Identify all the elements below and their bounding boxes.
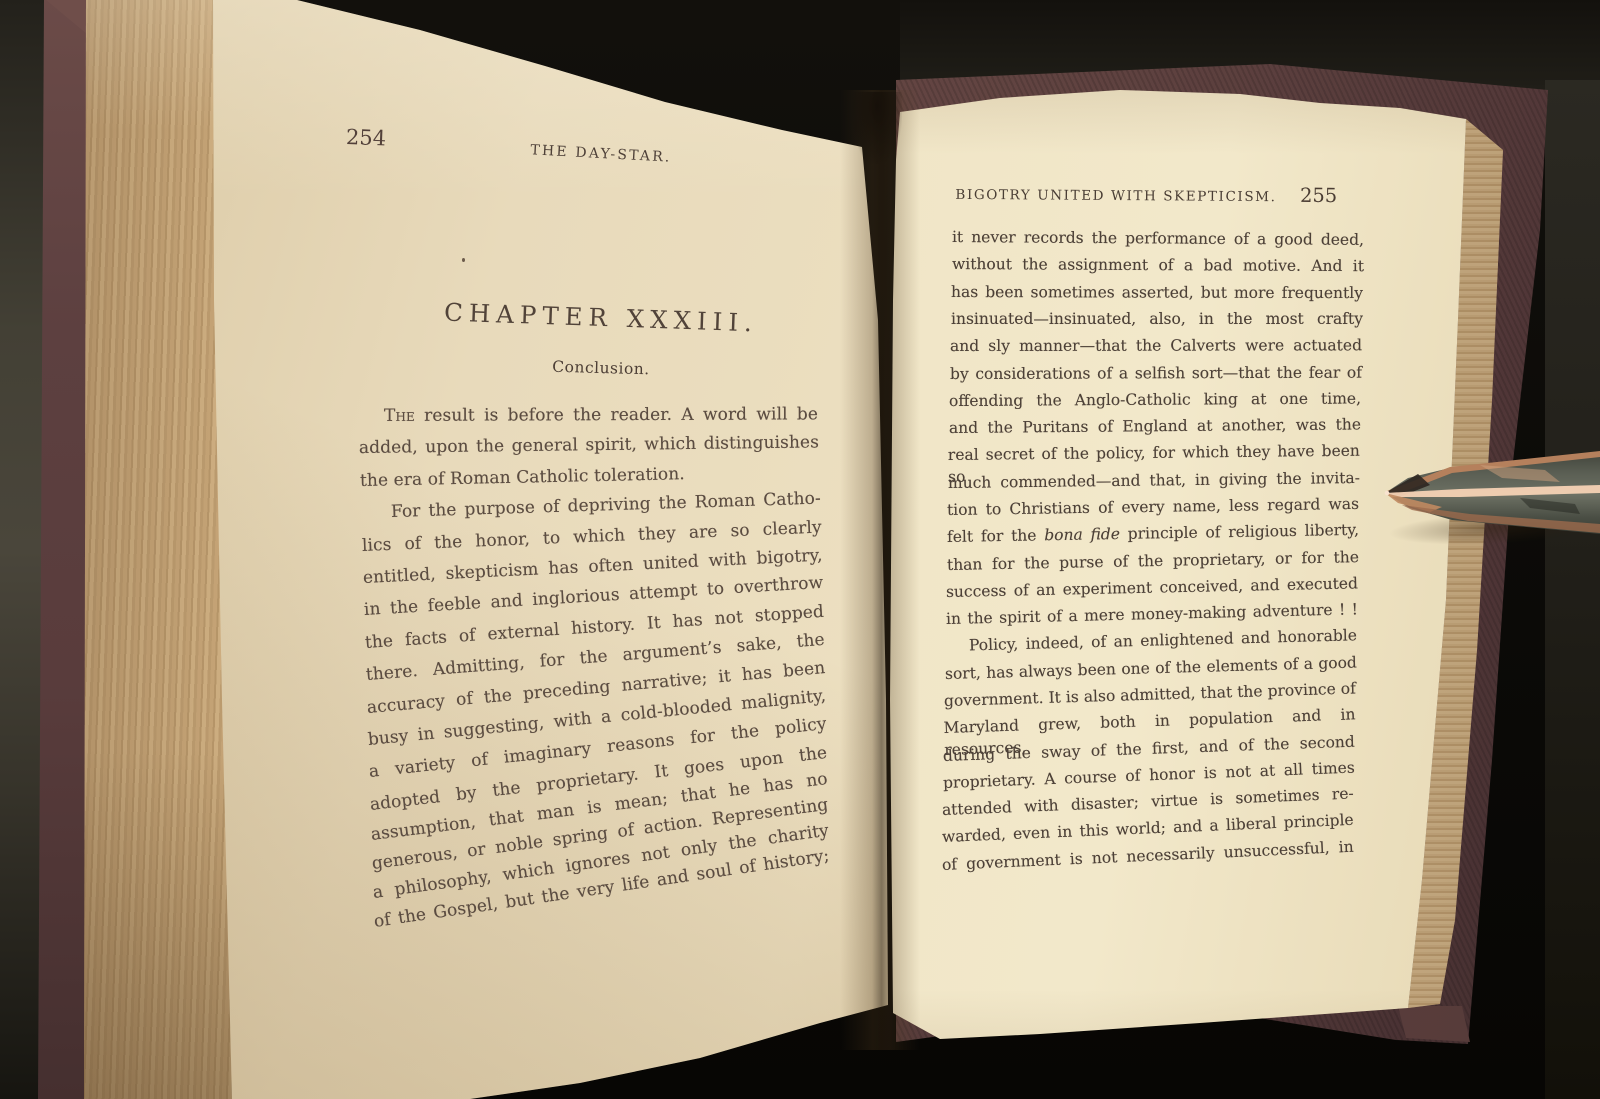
pen (0, 0, 1600, 1099)
book-photo-scene: 254 THE DAY-STAR. CHAPTER XXXIII. Conclu… (0, 0, 1600, 1099)
pen-tip-group (1385, 451, 1600, 534)
